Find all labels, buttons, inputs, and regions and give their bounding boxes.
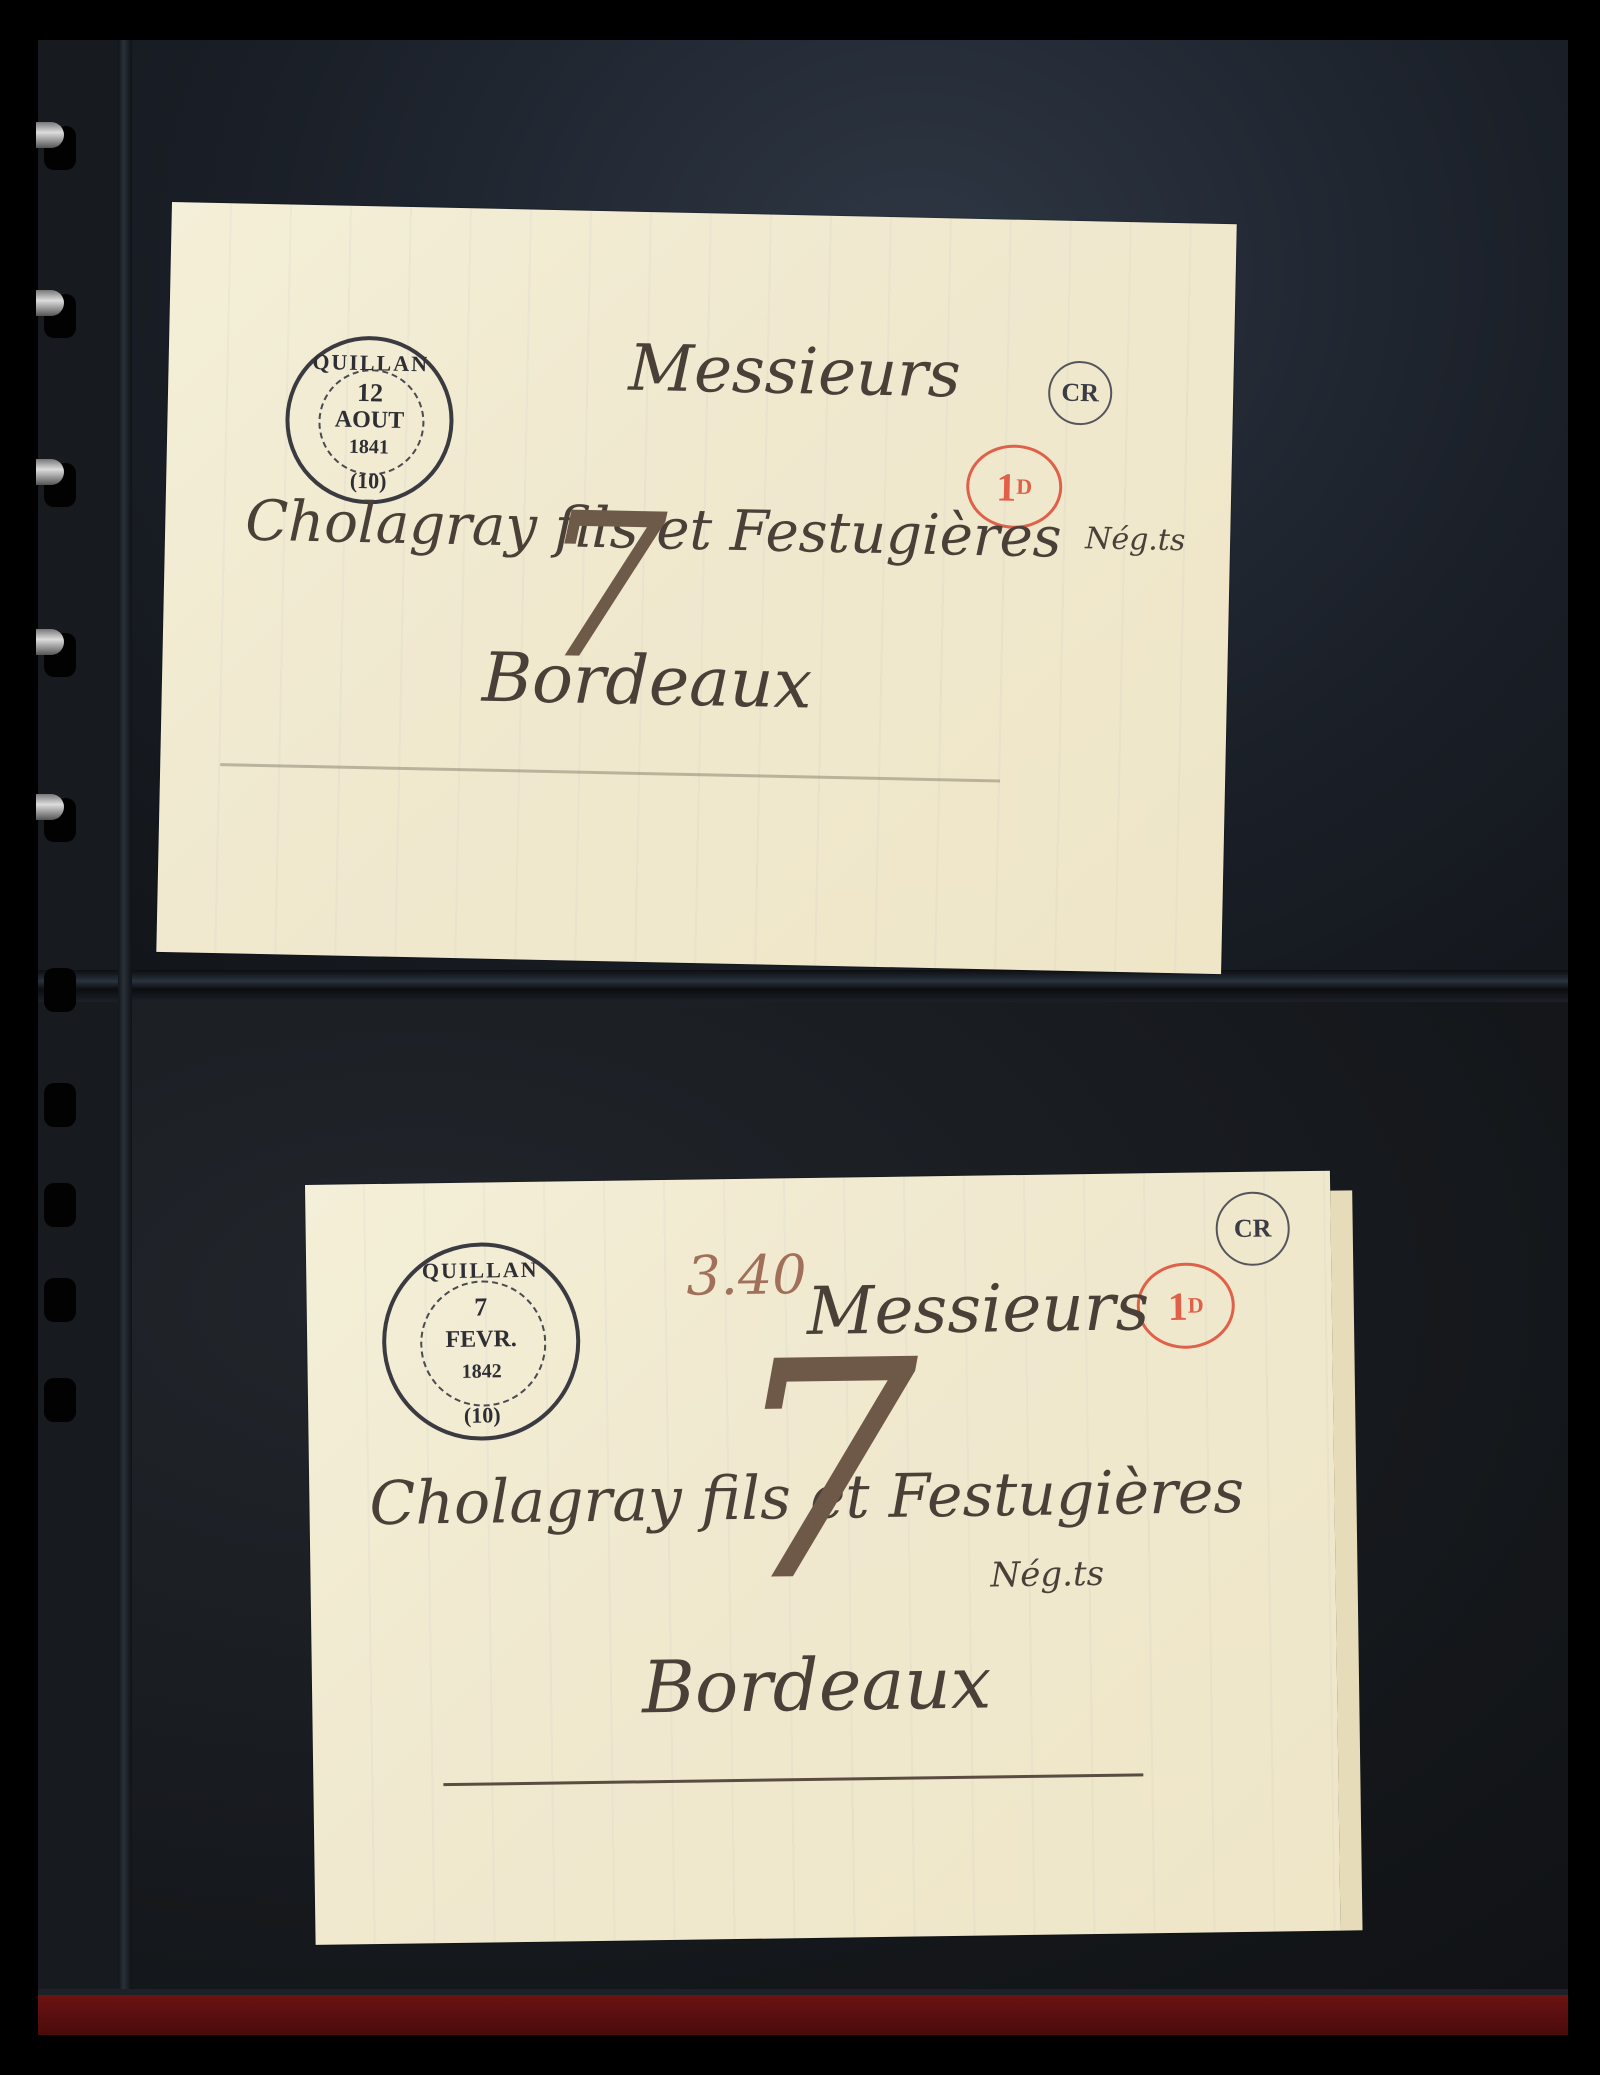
postmark-department: (10) — [387, 1402, 577, 1431]
postmark-month: FEVR. — [386, 1325, 576, 1355]
address-city: Bordeaux — [641, 1640, 991, 1729]
address-salutation: Messieurs — [628, 332, 962, 413]
binder-ring-icon — [38, 1270, 78, 1328]
postmark-town: QUILLAN — [385, 1257, 575, 1286]
binder-ring-icon — [38, 1175, 78, 1233]
binder-ring-icon — [38, 960, 78, 1018]
binder-ring-icon — [38, 790, 78, 848]
postmark-year: 1842 — [386, 1359, 576, 1385]
page-gutter — [118, 40, 132, 1995]
postmark-cancel: QUILLAN 12 AOUT 1841 (10) — [284, 334, 455, 505]
address-suffix: Nég.ts — [990, 1554, 1104, 1596]
binder-ring-icon — [38, 286, 78, 344]
binder-ring-icon — [38, 625, 78, 683]
postmark-day: 7 — [386, 1291, 576, 1324]
folded-letter-1841: QUILLAN 12 AOUT 1841 (10) CR 1D Messieur… — [156, 202, 1236, 974]
postmark-cancel: QUILLAN 7 FEVR. 1842 (10) — [381, 1241, 582, 1442]
tax-mark: 7 — [537, 470, 669, 706]
binder-ring-icon — [38, 1075, 78, 1133]
album-cover-edge — [38, 1995, 1568, 2035]
binder-ring-icon — [38, 455, 78, 513]
postmark-year: 1841 — [289, 435, 449, 461]
postmark-month: AOUT — [289, 406, 450, 436]
binder-ring-icon — [38, 1370, 78, 1428]
address-suffix: Nég.ts — [1085, 521, 1186, 558]
binder-ring-icon — [38, 118, 78, 176]
postmark-town: QUILLAN — [290, 348, 451, 377]
pocket-divider — [38, 970, 1568, 1002]
tax-mark: 7 — [727, 1296, 923, 1648]
folded-letter-1842: QUILLAN 7 FEVR. 1842 (10) 3.40 CR 1D Mes… — [305, 1171, 1341, 1945]
